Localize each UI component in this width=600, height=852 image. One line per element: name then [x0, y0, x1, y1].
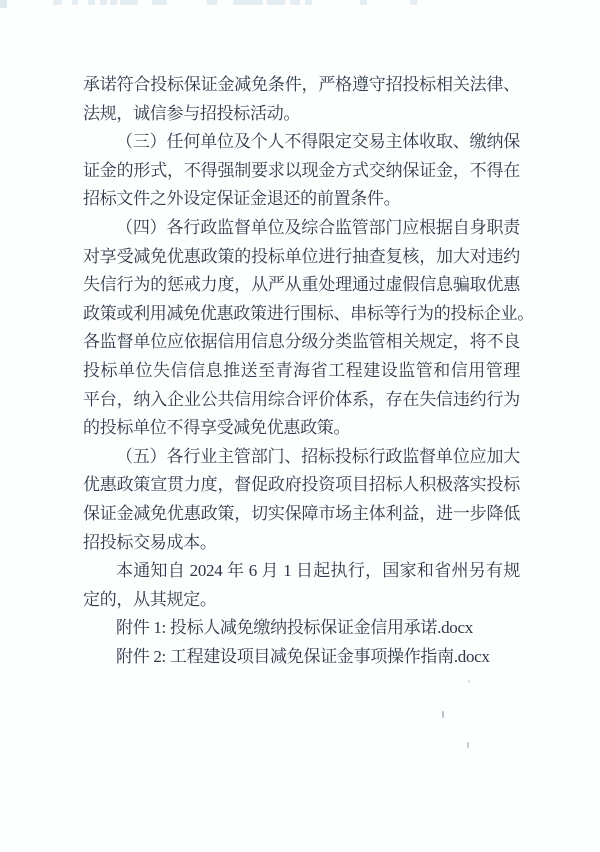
- scan-speck: [442, 711, 444, 718]
- text-line: 政策或利用减免优惠政策进行围标、串标等行为的投标企业。: [83, 300, 520, 329]
- notice-body-text: 承诺符合投标保证金减免条件，严格遵守招投标相关法律、 法规，诚信参与招投标活动。…: [83, 71, 520, 671]
- scan-artifact: [410, 0, 417, 5]
- scan-artifact: [120, 0, 138, 5]
- text-line: 对享受减免优惠政策的投标单位进行抽查复核，加大对违约: [83, 243, 520, 272]
- scan-artifact: [72, 0, 78, 5]
- text-line: 保证金减免优惠政策，切实保障市场主体利益，进一步降低: [83, 500, 520, 529]
- scan-artifact: [100, 0, 107, 5]
- scan-artifact: [53, 0, 62, 5]
- scan-artifact: [152, 0, 167, 5]
- text-line: （三）任何单位及个人不得限定交易主体收取、缴纳保: [83, 128, 520, 157]
- scan-artifact: [305, 0, 312, 5]
- text-line: 招标文件之外设定保证金退还的前置条件。: [83, 185, 520, 214]
- scan-speck: [467, 742, 469, 748]
- text-line: 各监督单位应依据信用信息分级分类监管相关规定，将不良: [83, 328, 520, 357]
- text-line: 平台，纳入企业公共信用综合评价体系，存在失信违约行为: [83, 386, 520, 415]
- text-line: 招投标交易成本。: [83, 529, 520, 558]
- scan-artifact: [207, 0, 217, 5]
- scan-artifact: [233, 0, 263, 5]
- text-line: （五）各行业主管部门、招标投标行政监督单位应加大: [83, 443, 520, 472]
- document-scan-page: 承诺符合投标保证金减免条件，严格遵守招投标相关法律、 法规，诚信参与招投标活动。…: [0, 0, 600, 852]
- attachment-1-line: 附件 1: 投标人减免缴纳投标保证金信用承诺.docx: [83, 614, 520, 643]
- text-line: 投标单位失信信息推送至青海省工程建设监管和信用管理: [83, 357, 520, 386]
- text-line: 定的，从其规定。: [83, 586, 520, 615]
- scan-artifact: [88, 0, 95, 5]
- text-line: 承诺符合投标保证金减免条件，严格遵守招投标相关法律、: [83, 71, 520, 100]
- attachment-2-line: 附件 2: 工程建设项目减免保证金事项操作指南.docx: [83, 643, 520, 672]
- text-line: 的投标单位不得享受减免优惠政策。: [83, 414, 520, 443]
- text-line: 法规，诚信参与招投标活动。: [83, 100, 520, 129]
- scan-artifact: [0, 0, 7, 8]
- scan-speck: [468, 680, 470, 683]
- text-line: 本通知自 2024 年 6 月 1 日起执行，国家和省州另有规: [83, 557, 520, 586]
- text-line: 优惠政策宣贯力度，督促政府投资项目招标人积极落实投标: [83, 471, 520, 500]
- text-line: 证金的形式，不得强制要求以现金方式交纳保证金，不得在: [83, 157, 520, 186]
- text-line: （四）各行政监督单位及综合监管部门应根据自身职责: [83, 214, 520, 243]
- scan-artifact: [360, 0, 367, 5]
- text-line: 失信行为的惩戒力度，从严从重处理通过虚假信息骗取优惠: [83, 271, 520, 300]
- scan-artifact: [110, 0, 117, 5]
- scan-artifact: [267, 0, 285, 5]
- scan-artifact: [290, 0, 300, 5]
